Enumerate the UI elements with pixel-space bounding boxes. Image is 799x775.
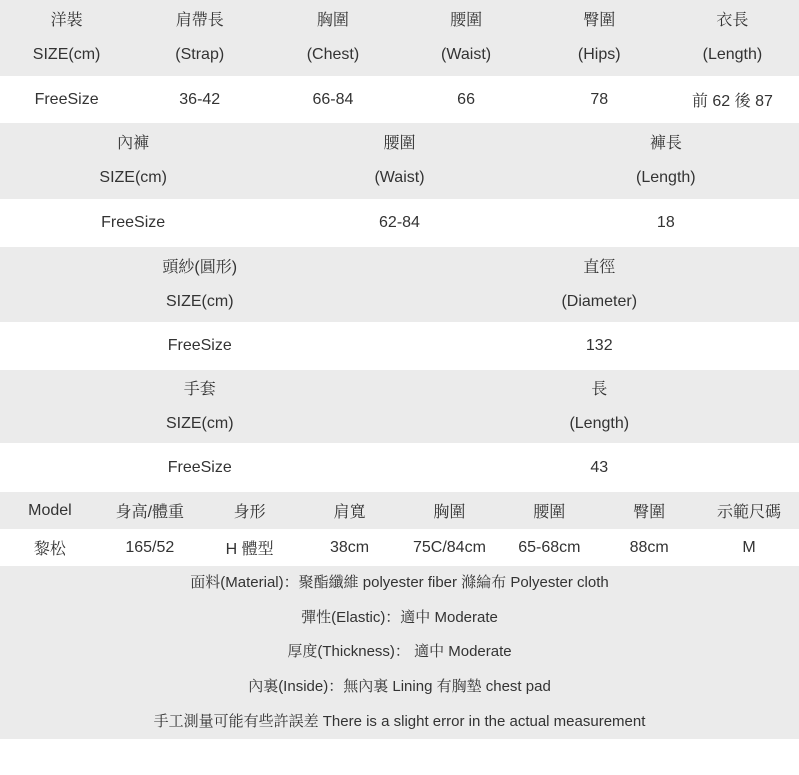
panties-value-waist: 62-84 [266, 199, 532, 247]
panties-value-size: FreeSize [0, 199, 266, 247]
dress-value-waist: 66 [400, 76, 533, 123]
measurement-note-line: 手工測量可能有些許誤差 There is a slight error in t… [154, 713, 646, 731]
model-value-shoulder: 38cm [300, 529, 400, 566]
model-value-height-weight: 165/52 [100, 529, 200, 566]
model-value-demo-size: M [699, 529, 799, 566]
dress-header-cell-chest: 胸圍 (Chest) [266, 0, 399, 76]
material-line: 面料(Material)：聚酯纖維 polyester fiber 滌綸布 Po… [190, 574, 608, 592]
thickness-line: 厚度(Thickness)： 適中 Moderate [287, 643, 511, 661]
gloves-value-length: 43 [400, 443, 799, 492]
column-title-en: (Length) [703, 38, 763, 72]
model-header-body-shape: 身形 [200, 492, 300, 529]
model-value-row: 黎松 165/52 H 體型 38cm 75C/84cm 65-68cm 88c… [0, 529, 799, 566]
model-value-hips: 88cm [599, 529, 699, 566]
elastic-line: 彈性(Elastic)：適中 Moderate [301, 609, 498, 627]
dress-value-chest: 66-84 [266, 76, 399, 123]
model-value-chest: 75C/84cm [400, 529, 500, 566]
panties-value-row: FreeSize 62-84 18 [0, 199, 799, 247]
model-value-name: 黎松 [0, 529, 100, 566]
gloves-header-cell-length: 長 (Length) [400, 370, 799, 443]
column-title-en: (Waist) [441, 38, 491, 72]
fabric-details-section: 面料(Material)：聚酯纖維 polyester fiber 滌綸布 Po… [0, 566, 799, 739]
model-info-table: Model 身高/體重 身形 肩寬 胸圍 腰圍 臀圍 示範尺碼 黎松 165/5… [0, 492, 799, 566]
column-title-en: SIZE(cm) [166, 285, 234, 319]
dress-header-cell-hips: 臀圍 (Hips) [533, 0, 666, 76]
column-title-cjk: 洋裝 [51, 4, 83, 38]
column-title-cjk: 手套 [184, 373, 216, 407]
size-chart-sheet: 洋裝 SIZE(cm) 肩帶長 (Strap) 胸圍 (Chest) 腰圍 (W… [0, 0, 799, 775]
column-title-cjk: 臀圍 [583, 4, 615, 38]
model-header-waist: 腰圍 [499, 492, 599, 529]
column-title-en: (Hips) [578, 38, 621, 72]
model-header-model: Model [0, 492, 100, 529]
column-title-cjk: 腰圍 [450, 4, 482, 38]
dress-value-size: FreeSize [0, 76, 133, 123]
column-title-en: SIZE(cm) [99, 161, 167, 195]
gloves-header-cell-size: 手套 SIZE(cm) [0, 370, 400, 443]
column-title-cjk: 肩帶長 [176, 4, 224, 38]
column-title-cjk: 內褲 [117, 127, 149, 161]
inside-line: 內裏(Inside)：無內裏 Lining 有胸墊 chest pad [248, 678, 551, 696]
panties-header-row: 內褲 SIZE(cm) 腰圍 (Waist) 褲長 (Length) [0, 123, 799, 199]
dress-value-row: FreeSize 36-42 66-84 66 78 前 62 後 87 [0, 76, 799, 123]
column-title-en: (Waist) [374, 161, 424, 195]
panties-value-length: 18 [533, 199, 799, 247]
column-title-cjk: 衣長 [716, 4, 748, 38]
panties-header-cell-waist: 腰圍 (Waist) [266, 123, 532, 199]
column-title-en: (Diameter) [561, 285, 637, 319]
dress-header-row: 洋裝 SIZE(cm) 肩帶長 (Strap) 胸圍 (Chest) 腰圍 (W… [0, 0, 799, 76]
dress-header-cell-waist: 腰圍 (Waist) [400, 0, 533, 76]
dress-header-cell-size: 洋裝 SIZE(cm) [0, 0, 133, 76]
column-title-en: (Chest) [307, 38, 359, 72]
panties-header-cell-size: 內褲 SIZE(cm) [0, 123, 266, 199]
model-header-chest: 胸圍 [400, 492, 500, 529]
dress-value-hips: 78 [533, 76, 666, 123]
veil-value-diameter: 132 [400, 322, 799, 370]
column-title-en: SIZE(cm) [166, 407, 234, 441]
column-title-cjk: 長 [591, 373, 607, 407]
veil-header-cell-diameter: 直徑 (Diameter) [400, 247, 799, 322]
model-value-body-shape: H 體型 [200, 529, 300, 566]
column-title-cjk: 頭紗(圓形) [162, 251, 237, 285]
panties-header-cell-length: 褲長 (Length) [533, 123, 799, 199]
veil-header-cell-size: 頭紗(圓形) SIZE(cm) [0, 247, 400, 322]
dress-value-strap: 36-42 [133, 76, 266, 123]
dress-size-table: 洋裝 SIZE(cm) 肩帶長 (Strap) 胸圍 (Chest) 腰圍 (W… [0, 0, 799, 123]
column-title-en: SIZE(cm) [33, 38, 101, 72]
model-header-row: Model 身高/體重 身形 肩寬 胸圍 腰圍 臀圍 示範尺碼 [0, 492, 799, 529]
dress-header-cell-strap: 肩帶長 (Strap) [133, 0, 266, 76]
column-title-en: (Strap) [175, 38, 224, 72]
gloves-header-row: 手套 SIZE(cm) 長 (Length) [0, 370, 799, 443]
column-title-cjk: 褲長 [650, 127, 682, 161]
veil-value-size: FreeSize [0, 322, 400, 370]
dress-value-length: 前 62 後 87 [666, 76, 799, 123]
gloves-size-table: 手套 SIZE(cm) 長 (Length) FreeSize 43 [0, 370, 799, 492]
model-header-shoulder: 肩寬 [300, 492, 400, 529]
panties-size-table: 內褲 SIZE(cm) 腰圍 (Waist) 褲長 (Length) FreeS… [0, 123, 799, 247]
dress-header-cell-length: 衣長 (Length) [666, 0, 799, 76]
model-header-hips: 臀圍 [599, 492, 699, 529]
column-title-en: (Length) [636, 161, 696, 195]
bottom-spacer [0, 739, 799, 775]
veil-size-table: 頭紗(圓形) SIZE(cm) 直徑 (Diameter) FreeSize 1… [0, 247, 799, 370]
column-title-cjk: 腰圍 [383, 127, 415, 161]
column-title-en: (Length) [569, 407, 629, 441]
veil-value-row: FreeSize 132 [0, 322, 799, 370]
model-header-height-weight: 身高/體重 [100, 492, 200, 529]
gloves-value-size: FreeSize [0, 443, 400, 492]
model-value-waist: 65-68cm [499, 529, 599, 566]
gloves-value-row: FreeSize 43 [0, 443, 799, 492]
column-title-cjk: 直徑 [583, 251, 615, 285]
veil-header-row: 頭紗(圓形) SIZE(cm) 直徑 (Diameter) [0, 247, 799, 322]
column-title-cjk: 胸圍 [317, 4, 349, 38]
model-header-demo-size: 示範尺碼 [699, 492, 799, 529]
